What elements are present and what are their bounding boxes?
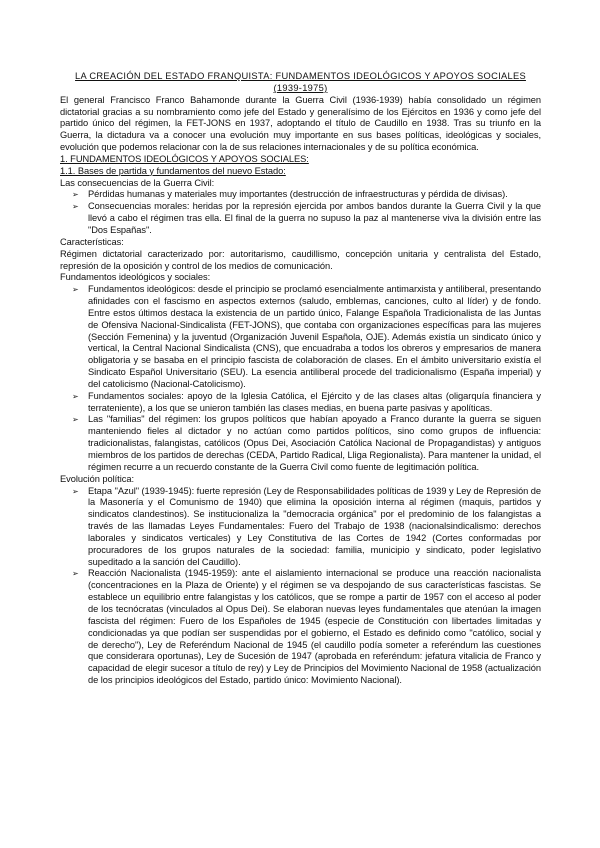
arrow-bullet-icon: ➢	[72, 201, 79, 213]
list-item: ➢Consecuencias morales: heridas por la r…	[88, 201, 541, 237]
document-title: LA CREACIÓN DEL ESTADO FRANQUISTA: FUNDA…	[60, 71, 541, 83]
section-1-heading: 1. FUNDAMENTOS IDEOLÓGICOS Y APOYOS SOCI…	[60, 154, 541, 166]
arrow-bullet-icon: ➢	[72, 284, 79, 296]
list-item: ➢Etapa "Azul" (1939-1945): fuerte repres…	[88, 486, 541, 569]
document-page: LA CREACIÓN DEL ESTADO FRANQUISTA: FUNDA…	[60, 71, 541, 687]
arrow-bullet-icon: ➢	[72, 414, 79, 426]
section-1-1-heading: 1.1. Bases de partida y fundamentos del …	[60, 166, 541, 178]
arrow-bullet-icon: ➢	[72, 391, 79, 403]
list-item: ➢Las "familias" del régimen: los grupos …	[88, 414, 541, 473]
evolucion-heading: Evolución política:	[60, 474, 541, 486]
intro-paragraph: El general Francisco Franco Bahamonde du…	[60, 95, 541, 154]
caracteristicas-heading: Características:	[60, 237, 541, 249]
document-title-dates: (1939-1975)	[60, 83, 541, 95]
list-item: ➢Fundamentos sociales: apoyo de la Igles…	[88, 391, 541, 415]
fundamentos-heading: Fundamentos ideológicos y sociales:	[60, 272, 541, 284]
consecuencias-heading: Las consecuencias de la Guerra Civil:	[60, 178, 541, 190]
fundamentos-list: ➢Fundamentos ideológicos: desde el princ…	[60, 284, 541, 474]
caracteristicas-text: Régimen dictatorial caracterizado por: a…	[60, 249, 541, 273]
arrow-bullet-icon: ➢	[72, 568, 79, 580]
list-item: ➢Fundamentos ideológicos: desde el princ…	[88, 284, 541, 391]
list-item: ➢Reacción Nacionalista (1945-1959): ante…	[88, 568, 541, 686]
arrow-bullet-icon: ➢	[72, 486, 79, 498]
evolucion-list: ➢Etapa "Azul" (1939-1945): fuerte repres…	[60, 486, 541, 687]
consecuencias-list: ➢Pérdidas humanas y materiales muy impor…	[60, 189, 541, 236]
arrow-bullet-icon: ➢	[72, 189, 79, 201]
list-item: ➢Pérdidas humanas y materiales muy impor…	[88, 189, 541, 201]
